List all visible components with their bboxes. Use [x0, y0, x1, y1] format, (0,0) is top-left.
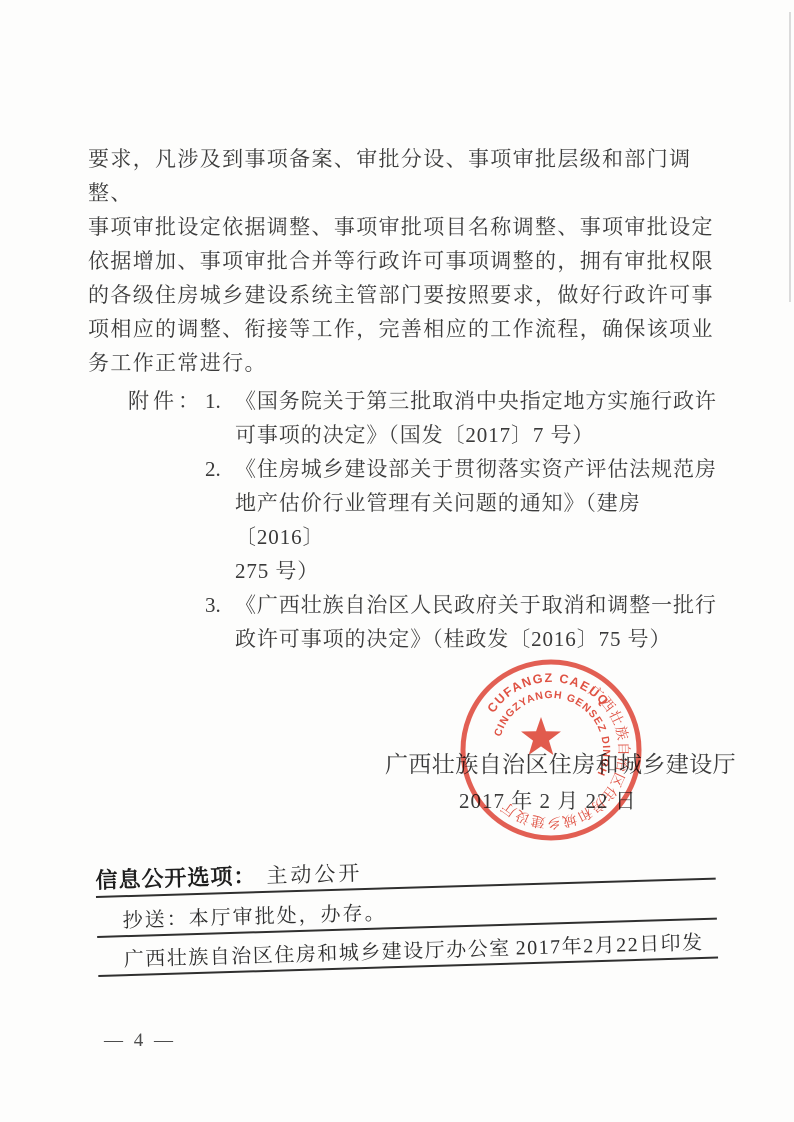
attachment-item-number: 1.	[205, 384, 235, 452]
scan-edge-artifact	[789, 12, 791, 302]
document-page: 要求，凡涉及到事项备案、审批分设、事项审批层级和部门调整、 事项审批设定依据调整…	[0, 0, 794, 1122]
attachment-item-text: 《住房城乡建设部关于贯彻落实资产评估法规范房 地产估价行业管理有关问题的通知》（…	[235, 452, 725, 588]
attachment-label: 附件：	[128, 384, 203, 656]
attachment-item-text: 《国务院关于第三批取消中央指定地方实施行政许 可事项的决定》（国发〔2017〕7…	[235, 384, 725, 452]
attachment-item: 1. 《国务院关于第三批取消中央指定地方实施行政许 可事项的决定》（国发〔201…	[205, 384, 725, 452]
seal-star-icon	[521, 717, 561, 755]
document-footer: 信息公开选项： 主动公开 抄送：本厅审批处，办存。 广西壮族自治区住房和城乡建设…	[95, 846, 718, 977]
body-paragraph: 要求，凡涉及到事项备案、审批分设、事项审批层级和部门调整、 事项审批设定依据调整…	[88, 142, 728, 380]
disclosure-label: 信息公开选项：	[95, 859, 257, 895]
disclosure-value: 主动公开	[266, 856, 363, 890]
attachment-list: 1. 《国务院关于第三批取消中央指定地方实施行政许 可事项的决定》（国发〔201…	[205, 384, 725, 656]
issuer-name: 广西壮族自治区住房和城乡建设厅办公室	[123, 932, 511, 974]
attachment-item-number: 3.	[205, 588, 235, 656]
attachment-item: 3. 《广西壮族自治区人民政府关于取消和调整一批行 政许可事项的决定》（桂政发〔…	[205, 588, 725, 656]
attachment-section: 附件： 1. 《国务院关于第三批取消中央指定地方实施行政许 可事项的决定》（国发…	[128, 384, 725, 656]
print-date: 2017年2月22日印发	[515, 926, 704, 963]
attachment-item-text: 《广西壮族自治区人民政府关于取消和调整一批行 政许可事项的决定》（桂政发〔201…	[235, 588, 725, 656]
official-seal-stamp: CUFANGZ CAEUQ 广西壮族自治区住房和城乡建设厅 CINGZYANGH…	[458, 657, 644, 843]
attachment-item-number: 2.	[205, 452, 235, 588]
attachment-item: 2. 《住房城乡建设部关于贯彻落实资产评估法规范房 地产估价行业管理有关问题的通…	[205, 452, 725, 588]
page-number: — 4 —	[104, 1030, 176, 1052]
